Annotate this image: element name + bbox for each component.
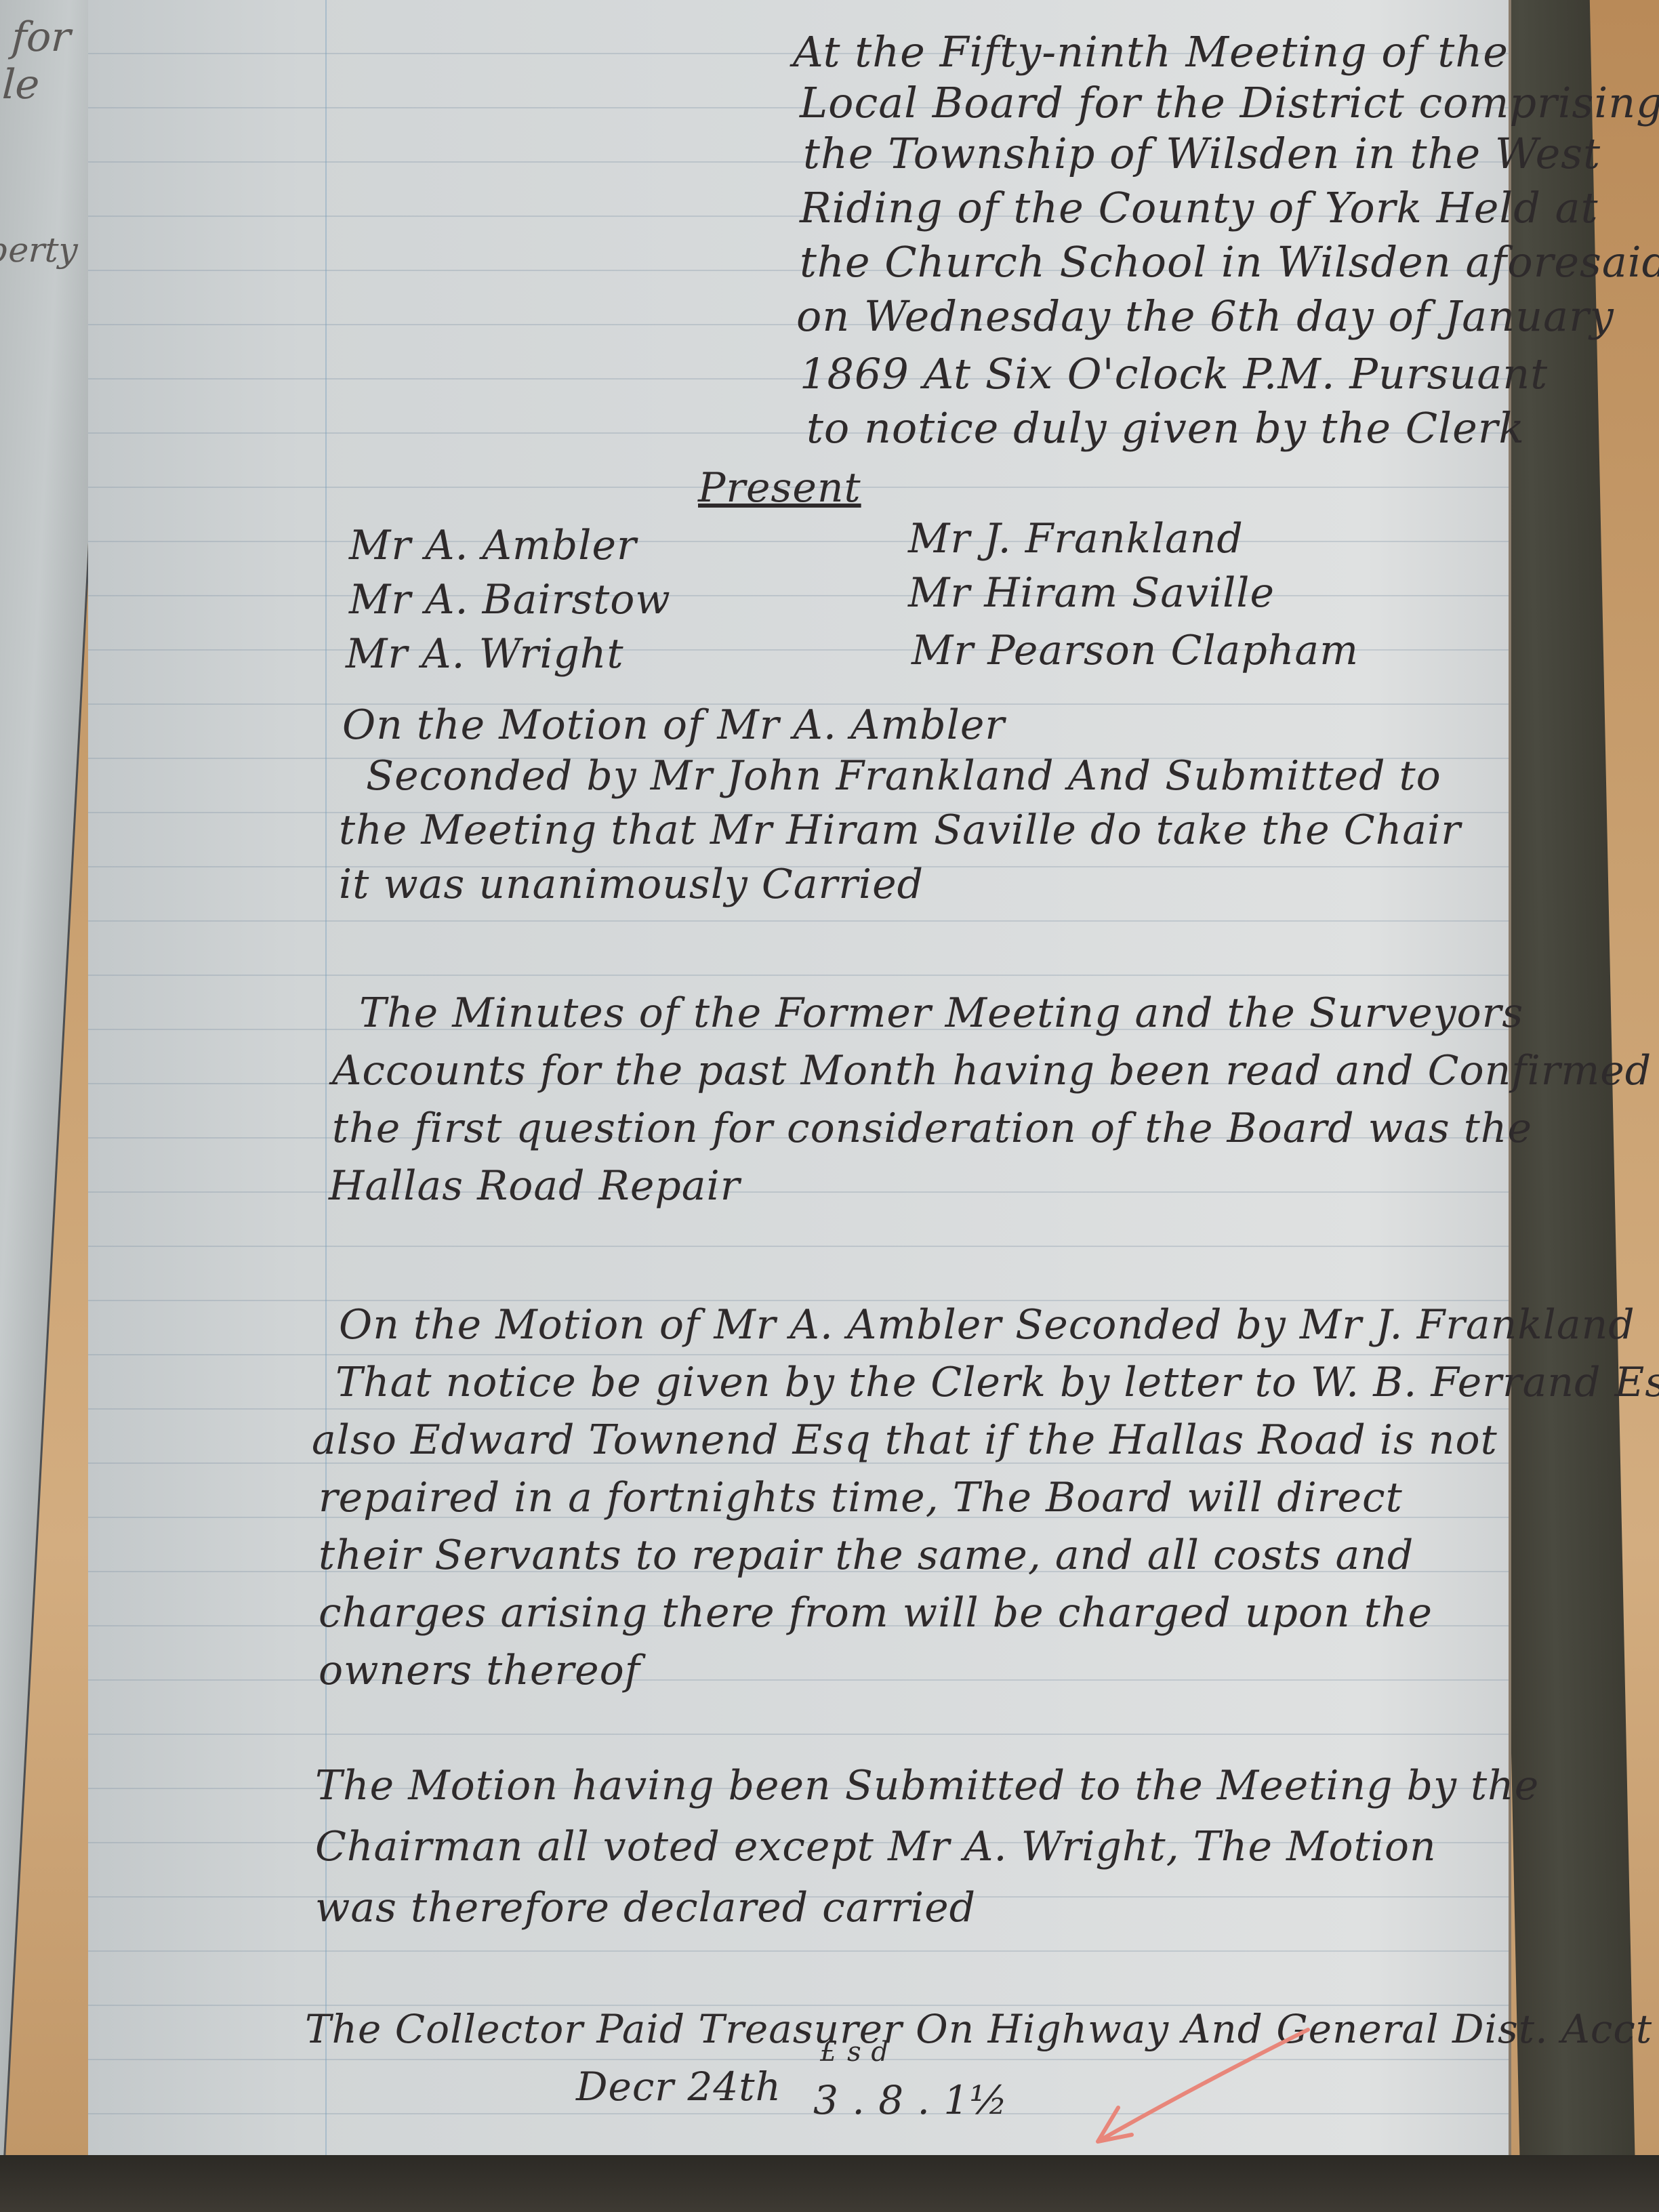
body-line: Hallas Road Repair [329,1162,740,1210]
heading-line: Local Board for the District comprising [800,78,1659,127]
attendee: Mr Hiram Saville [908,569,1275,617]
body-line: That notice be given by the Clerk by let… [335,1359,1659,1406]
body-line: the first question for consideration of … [332,1105,1532,1152]
book-bottom-edge [0,2155,1659,2212]
attendee: Mr A. Bairstow [349,576,671,623]
collector-date: Decr 24th [576,2064,781,2110]
ledger-page: At the Fifty-ninth Meeting of the Local … [88,0,1511,2165]
red-check-mark-icon [1091,2026,1315,2148]
heading-line: to notice duly given by the Clerk [806,403,1525,453]
heading-line: on Wednesday the 6th day of January [796,291,1614,341]
heading-line: the Township of Wilsden in the West [803,129,1601,178]
body-line: owners thereof [319,1647,640,1694]
heading-line: the Church School in Wilsden aforesaid [800,237,1659,287]
heading-line: Riding of the County of York Held at [800,183,1599,232]
attendee: Mr A. Ambler [349,522,637,569]
heading-line: At the Fifty-ninth Meeting of the [793,27,1509,77]
collector-amount: 3 . 8 . 1½ [813,2077,1008,2123]
collector-text: The Collector Paid Treasurer On Highway … [305,2006,1652,2052]
body-line: On the Motion of Mr A. Ambler [342,701,1005,749]
heading-line: 1869 At Six O'clock P.M. Pursuant [800,349,1548,398]
attendee: Mr Pearson Clapham [912,627,1359,674]
body-line: The Minutes of the Former Meeting and th… [359,989,1523,1037]
body-line: repaired in a fortnights time, The Board… [319,1474,1403,1521]
attendee: Mr A. Wright [346,630,624,678]
body-line: Seconded by Mr John Frankland And Submit… [366,752,1441,800]
body-line: The Motion having been Submitted to the … [315,1762,1539,1809]
body-line: On the Motion of Mr A. Ambler Seconded b… [339,1301,1635,1349]
body-line: also Edward Townend Esq that if the Hall… [312,1416,1498,1464]
body-line: Accounts for the past Month having been … [332,1047,1652,1094]
left-page-fragment: for [10,14,72,61]
body-line: it was unanimously Carried [339,861,924,908]
body-line: their Servants to repair the same, and a… [319,1532,1414,1579]
body-line: was therefore declared carried [315,1884,976,1931]
attendee: Mr J. Frankland [908,515,1244,562]
present-label: Present [698,464,861,512]
body-line: charges arising there from will be charg… [319,1589,1433,1637]
body-line: Chairman all voted except Mr A. Wright, … [315,1823,1437,1870]
currency-headers: £ s d [820,2036,889,2068]
left-page-fragment: le [1,61,41,108]
left-page-fragment: berty [0,230,79,270]
body-line: the Meeting that Mr Hiram Saville do tak… [339,806,1461,854]
